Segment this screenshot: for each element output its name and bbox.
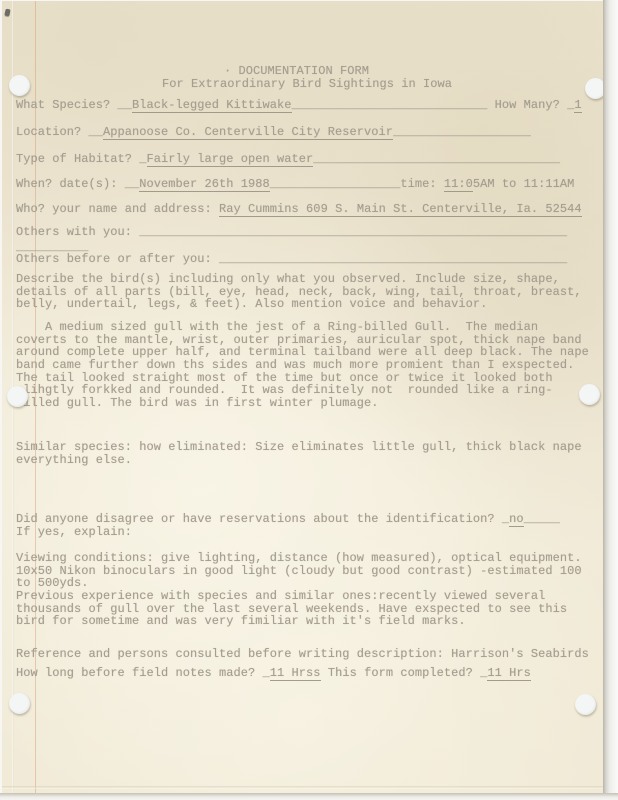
hole-punch — [579, 384, 600, 405]
typed-value: Appanoose Co. Centerville City Reservoir — [103, 125, 393, 140]
text-line: 10x50 Nikon binoculars in good light (cl… — [16, 565, 582, 578]
typed-value: 1 — [574, 98, 581, 113]
field-what-species: What Species? __Black-legged Kittiwake__… — [16, 99, 582, 112]
text-line: Did anyone disagree or have reservations… — [16, 513, 560, 526]
text-line: Others with you: _______________________… — [16, 226, 567, 239]
text-line: band came further down ths sides and was… — [16, 359, 589, 372]
typed-text: How long before field notes made? _ — [16, 666, 270, 680]
field-habitat: Type of Habitat? _Fairly large open wate… — [16, 153, 560, 166]
text-line: Similar species: how eliminated: Size el… — [16, 441, 582, 454]
field-name-address: Who? your name and address: Ray Cummins … — [16, 203, 582, 216]
paper-right-edge — [603, 0, 618, 800]
typed-text: _____ — [524, 512, 560, 526]
typed-text: Did anyone disagree or have reservations… — [16, 512, 509, 526]
text-line: Previous experience with species and sim… — [16, 590, 582, 603]
paper-bottom-edge — [0, 793, 618, 800]
text-line: Location? __Appanoose Co. Centerville Ci… — [16, 126, 531, 139]
typed-text: ___________________________ How Many? _ — [292, 98, 575, 112]
text-line: A medium sized gull with the jest of a R… — [16, 321, 589, 334]
typed-text: Who? your name and address: — [16, 202, 219, 216]
field-others-before-after: Others before or after you: ____________… — [16, 253, 567, 266]
paper: · DOCUMENTATION FORMFor Extraordinary Bi… — [2, 1, 603, 793]
field-when-date-time: When? date(s): __November 26th 1988_____… — [16, 178, 574, 191]
text-line: Viewing conditions: give lighting, dista… — [16, 552, 582, 565]
typed-value: 11 Hrs — [487, 666, 531, 681]
text-line: bird for sometime and was very fimiliar … — [16, 615, 582, 628]
disagree-question: Did anyone disagree or have reservations… — [16, 513, 560, 538]
typed-text: ___________________ — [393, 125, 531, 139]
typed-text: Type of Habitat? _ — [16, 152, 147, 166]
similar-species-section: Similar species: how eliminated: Size el… — [16, 441, 582, 466]
typed-value: Ray Cummins 609 S. Main St. Centerville,… — [219, 202, 582, 217]
text-line: Who? your name and address: Ray Cummins … — [16, 203, 582, 216]
bird-description: A medium sized gull with the jest of a R… — [16, 321, 589, 410]
hole-punch — [9, 75, 30, 96]
text-line: Type of Habitat? _Fairly large open wate… — [16, 153, 560, 166]
bottom-crease — [2, 786, 603, 789]
text-line: For Extraordinary Bird Sightings in Iowa — [16, 78, 452, 91]
typed-value: Black-legged Kittiwake — [132, 98, 292, 113]
typed-value: no — [509, 512, 524, 527]
typed-value: Fairly large open water — [147, 152, 314, 167]
typed-text: time: — [400, 177, 444, 191]
typed-text: 5AM to 11:11AM — [473, 177, 575, 191]
text-line: If yes, explain: — [16, 526, 560, 539]
hole-punch — [9, 693, 30, 714]
field-others-with-you: Others with you: _______________________… — [16, 226, 567, 239]
reference-line: Reference and persons consulted before w… — [16, 648, 589, 661]
text-line: How long before field notes made? _11 Hr… — [16, 667, 531, 680]
typed-text: __________________________________ — [313, 152, 560, 166]
text-line: · DOCUMENTATION FORM — [16, 65, 452, 78]
field-location: Location? __Appanoose Co. Centerville Ci… — [16, 126, 531, 139]
describe-instructions: Describe the bird(s) including only what… — [16, 273, 582, 311]
text-line: Describe the bird(s) including only what… — [16, 273, 582, 286]
typed-text: Location? __ — [16, 125, 103, 139]
text-line: Others before or after you: ____________… — [16, 253, 567, 266]
typed-text: When? date(s): __ — [16, 177, 139, 191]
pen-mark — [4, 9, 10, 17]
text-line: When? date(s): __November 26th 1988_____… — [16, 178, 574, 191]
typed-text: __________________ — [270, 177, 401, 191]
text-line: What Species? __Black-legged Kittiwake__… — [16, 99, 582, 112]
text-line: Reference and persons consulted before w… — [16, 648, 589, 661]
typed-value: 11:0 — [444, 177, 473, 192]
text-line: billed gull. The bird was in first winte… — [16, 397, 589, 410]
text-line: belly, undertail, legs, & feet). Also me… — [16, 298, 582, 311]
typed-text: This form completed? _ — [321, 666, 488, 680]
field-notes-timing: How long before field notes made? _11 Hr… — [16, 667, 531, 680]
doc-header: · DOCUMENTATION FORMFor Extraordinary Bi… — [16, 65, 452, 90]
typed-text: What Species? __ — [16, 98, 132, 112]
typed-value: November 26th 1988 — [139, 177, 270, 192]
hole-punch — [575, 694, 596, 715]
hole-punch — [7, 386, 28, 407]
text-line: everything else. — [16, 454, 582, 467]
viewing-conditions-section: Viewing conditions: give lighting, dista… — [16, 552, 582, 628]
typed-value: 11 Hrss — [270, 666, 321, 681]
